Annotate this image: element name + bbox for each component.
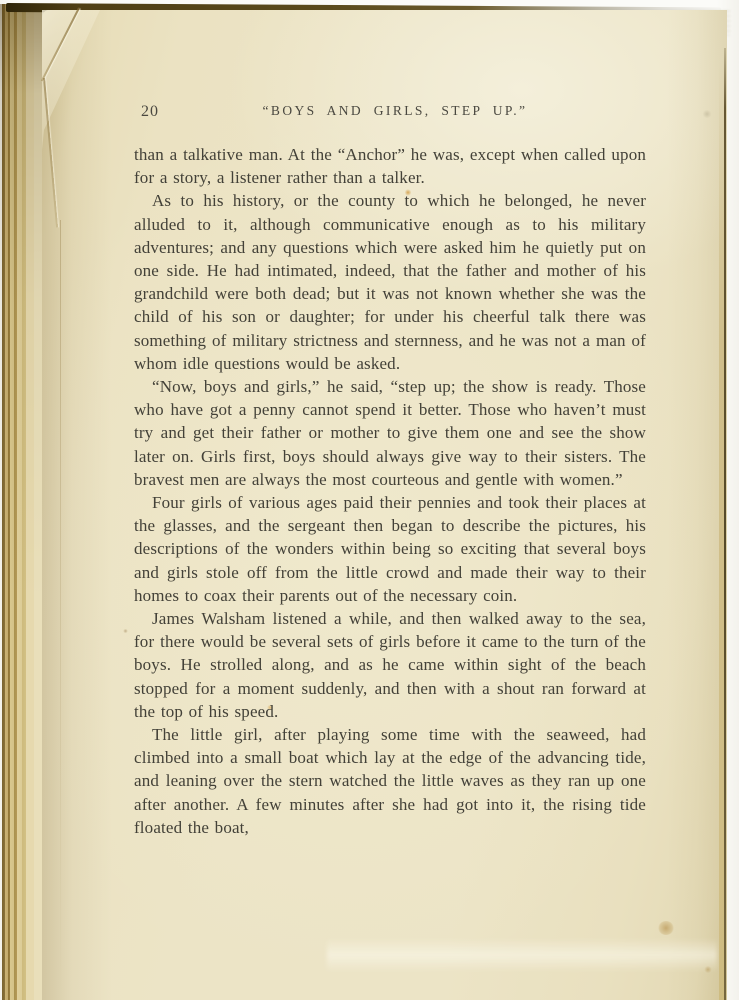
paragraph: James Walsham listened a while, and then…	[134, 607, 646, 723]
page-header: 20 “BOYS AND GIRLS, STEP UP.”	[134, 103, 646, 121]
paper-stain	[704, 966, 712, 973]
page-right-shading	[667, 10, 727, 1000]
paragraph: “Now, boys and girls,” he said, “step up…	[134, 375, 646, 491]
page-right-edge-line	[724, 48, 726, 1000]
page-number: 20	[141, 103, 159, 121]
body-text: than a talkative man. At the “Anchor” he…	[134, 143, 646, 839]
paper-stain	[658, 921, 674, 935]
paragraph: As to his history, or the county to whic…	[134, 189, 646, 375]
running-title: “BOYS AND GIRLS, STEP UP.”	[134, 103, 646, 119]
book-edge-pages	[0, 4, 46, 1000]
paper-fleck	[123, 629, 128, 633]
scan-light-streak	[327, 938, 717, 972]
scanned-book-page: 20 “BOYS AND GIRLS, STEP UP.” than a tal…	[0, 0, 739, 1000]
binding-shadow	[42, 10, 112, 1000]
printed-content: 20 “BOYS AND GIRLS, STEP UP.” than a tal…	[134, 103, 646, 839]
paper-smudge	[702, 110, 712, 118]
paragraph: Four girls of various ages paid their pe…	[134, 491, 646, 607]
page-crease-line	[60, 220, 61, 1000]
paragraph: The little girl, after playing some time…	[134, 723, 646, 839]
paragraph: than a talkative man. At the “Anchor” he…	[134, 143, 646, 189]
